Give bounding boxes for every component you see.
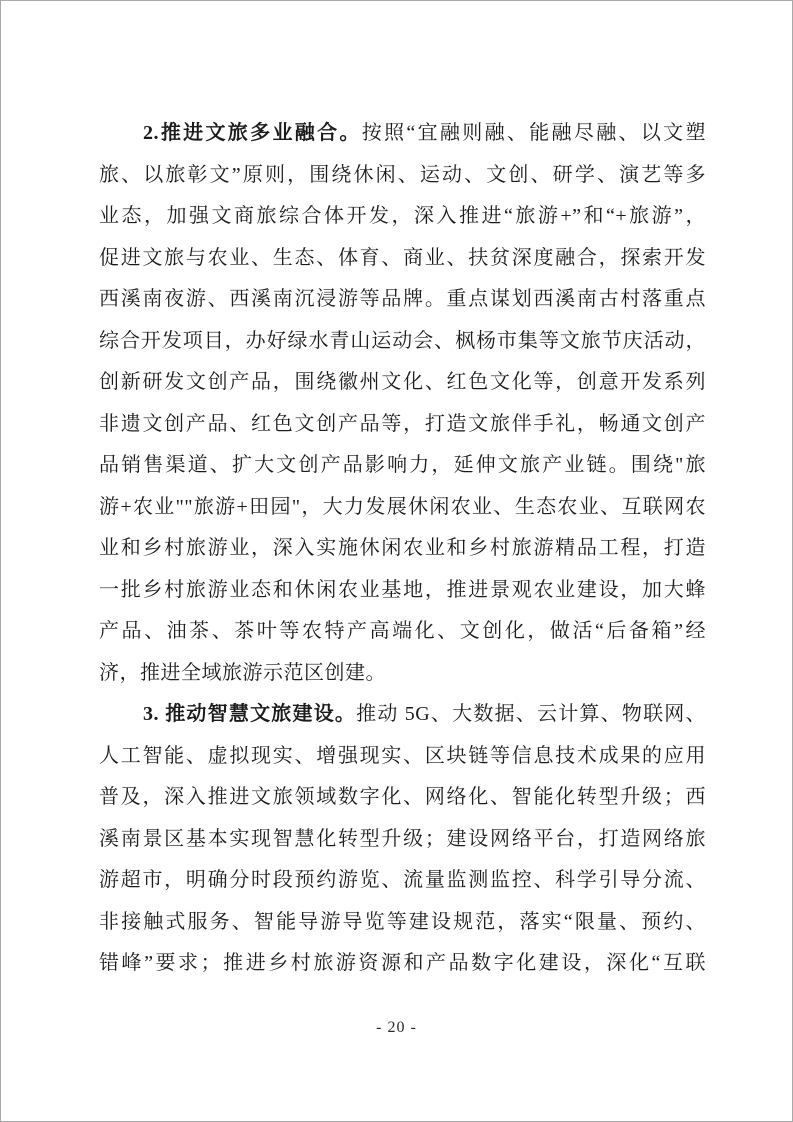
document-body: 2.推进文旅多业融合。按照“宜融则融、能融尽融、以文塑 旅、以旅彰文”原则，围绕… [99, 113, 706, 985]
line-text: 非遗文创产品、红色文创产品等，打造文旅伴手礼，畅通文创产 [99, 413, 706, 435]
line-text: 创新研发文创产品，围绕徽州文化、红色文化等，创意开发系列 [99, 371, 706, 393]
line-text: 业和乡村旅游业，深入实施休闲农业和乡村旅游精品工程，打造 [99, 537, 706, 559]
paragraph-line: 业和乡村旅游业，深入实施休闲农业和乡村旅游精品工程，打造 [99, 528, 706, 570]
paragraph-line: 普及，深入推进文旅领域数字化、网络化、智能化转型升级；西 [99, 777, 706, 819]
paragraph-line: 业态，加强文商旅综合体开发，深入推进“旅游+”和“+旅游”， [99, 196, 706, 238]
page-number: - 20 - [1, 1019, 792, 1037]
section-3-heading: 3. 推动智慧文旅建设。 [143, 703, 356, 725]
line-text: 按照“宜融则融、能融尽融、以文塑 [362, 122, 706, 144]
paragraph-line: 溪南景区基本实现智慧化转型升级；建设网络平台，打造网络旅 [99, 819, 706, 861]
line-text: 推动 5G、大数据、云计算、物联网、 [356, 703, 706, 725]
paragraph-line: 非接触式服务、智能导游导览等建设规范，落实“限量、预约、 [99, 902, 706, 944]
line-text: 产品、油茶、茶叶等农特产高端化、文创化，做活“后备箱”经 [99, 620, 706, 642]
line-text: 一批乡村旅游业态和休闲农业基地，推进景观农业建设，加大蜂 [99, 579, 706, 601]
line-text: 品销售渠道、扩大文创产品影响力，延伸文旅产业链。围绕"旅 [99, 454, 706, 476]
paragraph-line: 产品、油茶、茶叶等农特产高端化、文创化，做活“后备箱”经 [99, 611, 706, 653]
paragraph-line: 3. 推动智慧文旅建设。推动 5G、大数据、云计算、物联网、 [99, 694, 706, 736]
paragraph-line: 游+农业""旅游+田园"，大力发展休闲农业、生态农业、互联网农 [99, 487, 706, 529]
section-2-heading: 2.推进文旅多业融合。 [143, 122, 362, 144]
line-text: 游+农业""旅游+田园"，大力发展休闲农业、生态农业、互联网农 [99, 496, 706, 518]
paragraph-line: 创新研发文创产品，围绕徽州文化、红色文化等，创意开发系列 [99, 362, 706, 404]
line-text: 游超市，明确分时段预约游览、流量监测监控、科学引导分流、 [99, 869, 706, 891]
paragraph-line: 济，推进全域旅游示范区创建。 [99, 653, 706, 695]
paragraph-line: 非遗文创产品、红色文创产品等，打造文旅伴手礼，畅通文创产 [99, 404, 706, 446]
line-text: 旅、以旅彰文”原则，围绕休闲、运动、文创、研学、演艺等多 [99, 164, 706, 186]
paragraph-line: 西溪南夜游、西溪南沉浸游等品牌。重点谋划西溪南古村落重点 [99, 279, 706, 321]
paragraph-line: 游超市，明确分时段预约游览、流量监测监控、科学引导分流、 [99, 860, 706, 902]
paragraph-line: 旅、以旅彰文”原则，围绕休闲、运动、文创、研学、演艺等多 [99, 155, 706, 197]
document-page: 2.推进文旅多业融合。按照“宜融则融、能融尽融、以文塑 旅、以旅彰文”原则，围绕… [0, 0, 793, 1122]
line-text: 西溪南夜游、西溪南沉浸游等品牌。重点谋划西溪南古村落重点 [99, 288, 706, 310]
line-text: 溪南景区基本实现智慧化转型升级；建设网络平台，打造网络旅 [99, 828, 706, 850]
paragraph-line: 2.推进文旅多业融合。按照“宜融则融、能融尽融、以文塑 [99, 113, 706, 155]
line-text: 普及，深入推进文旅领域数字化、网络化、智能化转型升级；西 [99, 786, 706, 808]
paragraph-line: 一批乡村旅游业态和休闲农业基地，推进景观农业建设，加大蜂 [99, 570, 706, 612]
paragraph-line: 促进文旅与农业、生态、体育、商业、扶贫深度融合，探索开发 [99, 238, 706, 280]
line-text: 非接触式服务、智能导游导览等建设规范，落实“限量、预约、 [99, 911, 706, 933]
paragraph-line: 错峰”要求；推进乡村旅游资源和产品数字化建设，深化“互联 [99, 943, 706, 985]
line-text: 人工智能、虚拟现实、增强现实、区块链等信息技术成果的应用 [99, 745, 706, 767]
paragraph-line: 人工智能、虚拟现实、增强现实、区块链等信息技术成果的应用 [99, 736, 706, 778]
line-text: 业态，加强文商旅综合体开发，深入推进“旅游+”和“+旅游”， [99, 205, 706, 227]
line-text: 促进文旅与农业、生态、体育、商业、扶贫深度融合，探索开发 [99, 247, 706, 269]
line-text: 错峰”要求；推进乡村旅游资源和产品数字化建设，深化“互联 [99, 952, 706, 974]
line-text: 济，推进全域旅游示范区创建。 [99, 662, 386, 684]
paragraph-line: 综合开发项目，办好绿水青山运动会、枫杨市集等文旅节庆活动， [99, 321, 706, 363]
line-text: 综合开发项目，办好绿水青山运动会、枫杨市集等文旅节庆活动， [99, 330, 706, 352]
paragraph-line: 品销售渠道、扩大文创产品影响力，延伸文旅产业链。围绕"旅 [99, 445, 706, 487]
